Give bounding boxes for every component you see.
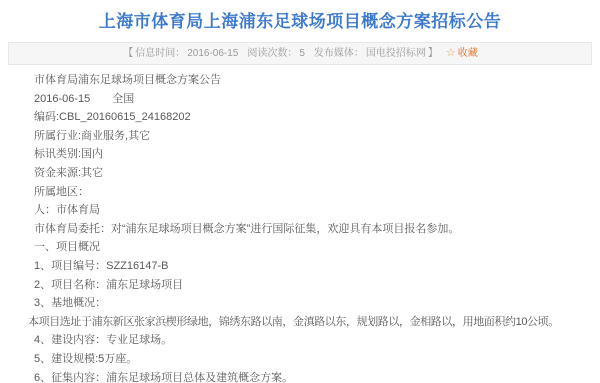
meta-close-bracket: 】 (428, 48, 438, 59)
body-line-category: 标讯类别:国内 (34, 145, 572, 164)
body-line-code: 编码:CBL_20160615_24168202 (34, 108, 572, 127)
info-time-value: 2016-06-15 (187, 48, 238, 59)
body-line-section-1: 一、项目概况 (34, 238, 572, 257)
info-time-label: 信息时间： (135, 48, 185, 59)
body-line-solicitation: 6、征集内容：浦东足球场项目总体及建筑概念方案。 (34, 369, 572, 383)
body-line-date-region: 2016-06-15 全国 (34, 90, 572, 109)
article-body: 市体育局浦东足球场项目概念方案公告 2016-06-15 全国 编码:CBL_2… (0, 65, 600, 383)
read-count-value: 5 (299, 48, 305, 59)
body-line-site-heading: 3、基地概况： (34, 294, 572, 313)
body-line-build-scale: 5、建设规模:5万座。 (34, 350, 572, 369)
star-icon: ☆ (446, 47, 456, 59)
body-line-build-content: 4、建设内容：专业足球场。 (34, 331, 572, 350)
publish-media-label: 发布媒体： (314, 48, 364, 59)
meta-open-bracket: 【 (123, 48, 133, 59)
body-line-industry: 所属行业:商业服务,其它 (34, 127, 572, 146)
body-line-region: 所属地区： (34, 183, 572, 202)
body-line-commission: 市体育局委托：对“浦东足球场项目概念方案”进行国际征集，欢迎具有本项目报名参加。 (34, 220, 572, 239)
body-line-subtitle: 市体育局浦东足球场项目概念方案公告 (34, 71, 572, 90)
body-line-site-desc: 本项目选址于浦东新区张家浜楔形绿地，锦绣东路以南，金滇路以东，规划路以，金相路以… (28, 313, 572, 332)
body-line-purchaser: 人：市体育局 (34, 201, 572, 220)
favorite-button[interactable]: ☆收藏 (446, 48, 478, 59)
meta-bar: 【信息时间：2016-06-15阅读次数：5发布媒体：国电投招标网】☆收藏 (8, 42, 592, 65)
body-line-project-no: 1、项目编号：SZZ16147-B (34, 257, 572, 276)
body-line-funding: 资金来源:其它 (34, 164, 572, 183)
body-line-project-name: 2、项目名称：浦东足球场项目 (34, 276, 572, 295)
publish-media-value: 国电投招标网 (366, 48, 426, 59)
page-title: 上海市体育局上海浦东足球场项目概念方案招标公告 (10, 11, 590, 33)
read-count-label: 阅读次数： (247, 48, 297, 59)
favorite-label: 收藏 (458, 48, 478, 59)
